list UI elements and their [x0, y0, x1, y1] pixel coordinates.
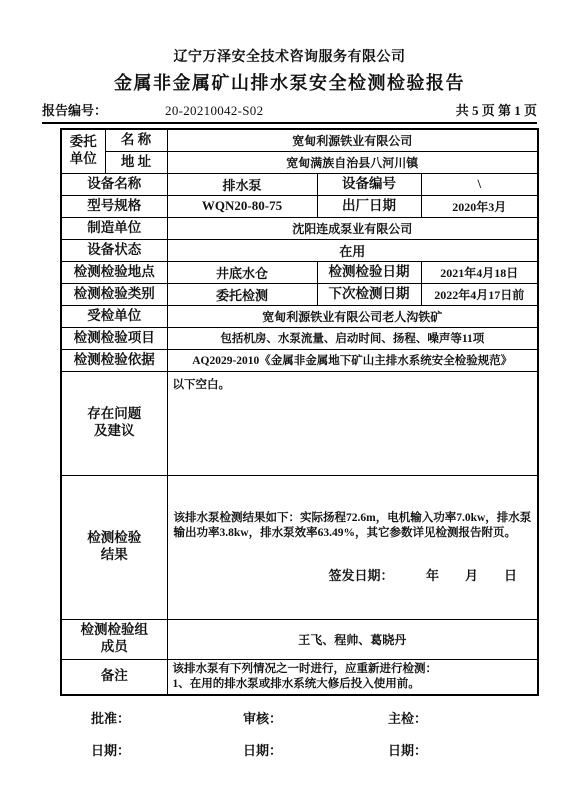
- inspection-items-value: 包括机房、水泵流量、启动时间、扬程、噪声等11项: [167, 327, 538, 349]
- result-cell: 该排水泵检测结果如下：实际扬程72.6m，电机输入功率7.0kw，排水泵输出功率…: [167, 475, 538, 619]
- row-result: 检测检验 结果 该排水泵检测结果如下：实际扬程72.6m，电机输入功率7.0kw…: [61, 475, 538, 619]
- team-label: 检测检验组 成员: [61, 619, 167, 659]
- inspected-unit-value: 宽甸利源铁业有限公司老人沟铁矿: [167, 305, 538, 327]
- problems-label: 存在问题 及建议: [61, 371, 167, 475]
- row-inspection-place: 检测检验地点 井底水仓 检测检验日期 2021年4月18日: [61, 261, 538, 283]
- mfg-date-value: 2020年3月: [421, 195, 538, 217]
- next-date-value: 2022年4月17日前: [421, 283, 538, 305]
- report-no-value: 20-20210042-S02: [165, 103, 263, 118]
- report-no-label: 报告编号：: [42, 103, 107, 118]
- inspection-items-label: 检测检验项目: [61, 327, 167, 349]
- inspection-basis-label: 检测检验依据: [61, 349, 167, 371]
- inspection-basis-value: AQ2029-2010《金属非金属地下矿山主排水系统安全检验规范》: [167, 349, 538, 371]
- review-date-label: 日期：: [243, 740, 388, 759]
- inspection-place-label: 检测检验地点: [61, 261, 167, 283]
- device-status-value: 在用: [167, 239, 538, 261]
- signature-footer: 批准： 审核： 主检： 日期： 日期： 日期：: [60, 708, 537, 759]
- row-inspected-unit: 受检单位 宽甸利源铁业有限公司老人沟铁矿: [61, 305, 538, 327]
- chief-inspector-label: 主检：: [388, 708, 537, 727]
- team-members: 王飞、程帅、葛晓丹: [167, 619, 538, 659]
- report-content: 辽宁万泽安全技术咨询服务有限公司 金属非金属矿山排水泵安全检测检验报告 报告编号…: [42, 0, 537, 759]
- approve-label: 批准：: [91, 708, 243, 727]
- signature-row-dates: 日期： 日期： 日期：: [60, 740, 537, 759]
- device-status-label: 设备状态: [61, 239, 167, 261]
- device-no-value: \: [421, 173, 538, 195]
- inspection-type-value: 委托检测: [167, 283, 317, 305]
- maker-value: 沈阳连成泵业有限公司: [167, 217, 538, 239]
- approve-date-label: 日期：: [91, 740, 243, 759]
- device-model-label: 型号规格: [61, 195, 167, 217]
- remarks-content: 该排水泵有下列情况之一时进行，应重新进行检测： 1、在用的排水泵或排水系统大修后…: [167, 659, 538, 695]
- problems-content: 以下空白。: [167, 371, 538, 475]
- inspection-date-label: 检测检验日期: [317, 261, 421, 283]
- row-remarks: 备注 该排水泵有下列情况之一时进行，应重新进行检测： 1、在用的排水泵或排水系统…: [61, 659, 538, 695]
- inspected-unit-label: 受检单位: [61, 305, 167, 327]
- chief-date-label: 日期：: [388, 740, 537, 759]
- row-client-name: 委托 单位 名 称 宽甸利源铁业有限公司: [61, 129, 538, 151]
- row-device-model: 型号规格 WQN20-80-75 出厂日期 2020年3月: [61, 195, 538, 217]
- device-no-label: 设备编号: [317, 173, 421, 195]
- client-group-label: 委托 单位: [61, 129, 105, 173]
- client-name-value: 宽甸利源铁业有限公司: [167, 129, 538, 151]
- inspection-date-value: 2021年4月18日: [421, 261, 538, 283]
- report-no-group: 报告编号：20-20210042-S02: [42, 100, 263, 119]
- row-device-name: 设备名称 排水泵 设备编号 \: [61, 173, 538, 195]
- report-page: 辽宁万泽安全技术咨询服务有限公司 金属非金属矿山排水泵安全检测检验报告 报告编号…: [0, 0, 567, 802]
- review-label: 审核：: [243, 708, 388, 727]
- result-label: 检测检验 结果: [61, 475, 167, 619]
- row-maker: 制造单位 沈阳连成泵业有限公司: [61, 217, 538, 239]
- inspection-type-label: 检测检验类别: [61, 283, 167, 305]
- report-table: 委托 单位 名 称 宽甸利源铁业有限公司 地 址 宽甸满族自治县八河川镇 设备名…: [60, 128, 539, 696]
- company-name: 辽宁万泽安全技术咨询服务有限公司: [42, 46, 537, 66]
- client-name-label: 名 称: [105, 129, 167, 151]
- row-team: 检测检验组 成员 王飞、程帅、葛晓丹: [61, 619, 538, 659]
- maker-label: 制造单位: [61, 217, 167, 239]
- row-inspection-type: 检测检验类别 委托检测 下次检测日期 2022年4月17日前: [61, 283, 538, 305]
- row-inspection-items: 检测检验项目 包括机房、水泵流量、启动时间、扬程、噪声等11项: [61, 327, 538, 349]
- row-device-status: 设备状态 在用: [61, 239, 538, 261]
- client-address-value: 宽甸满族自治县八河川镇: [167, 151, 538, 173]
- next-date-label: 下次检测日期: [317, 283, 421, 305]
- report-meta-row: 报告编号：20-20210042-S02 共 5 页 第 1 页: [42, 100, 537, 124]
- inspection-place-value: 井底水仓: [167, 261, 317, 283]
- report-title: 金属非金属矿山排水泵安全检测检验报告: [42, 69, 537, 95]
- device-model-value: WQN20-80-75: [167, 195, 317, 217]
- client-address-label: 地 址: [105, 151, 167, 173]
- mfg-date-label: 出厂日期: [317, 195, 421, 217]
- device-name-value: 排水泵: [167, 173, 317, 195]
- device-name-label: 设备名称: [61, 173, 167, 195]
- row-client-address: 地 址 宽甸满族自治县八河川镇: [61, 151, 538, 173]
- signature-row-names: 批准： 审核： 主检：: [60, 708, 537, 727]
- result-content: 该排水泵检测结果如下：实际扬程72.6m，电机输入功率7.0kw，排水泵输出功率…: [170, 511, 536, 541]
- row-inspection-basis: 检测检验依据 AQ2029-2010《金属非金属地下矿山主排水系统安全检验规范》: [61, 349, 538, 371]
- sign-date-line: 签发日期： 年 月 日: [170, 565, 536, 584]
- page-info: 共 5 页 第 1 页: [456, 100, 537, 119]
- row-problems: 存在问题 及建议 以下空白。: [61, 371, 538, 475]
- remarks-label: 备注: [61, 659, 167, 695]
